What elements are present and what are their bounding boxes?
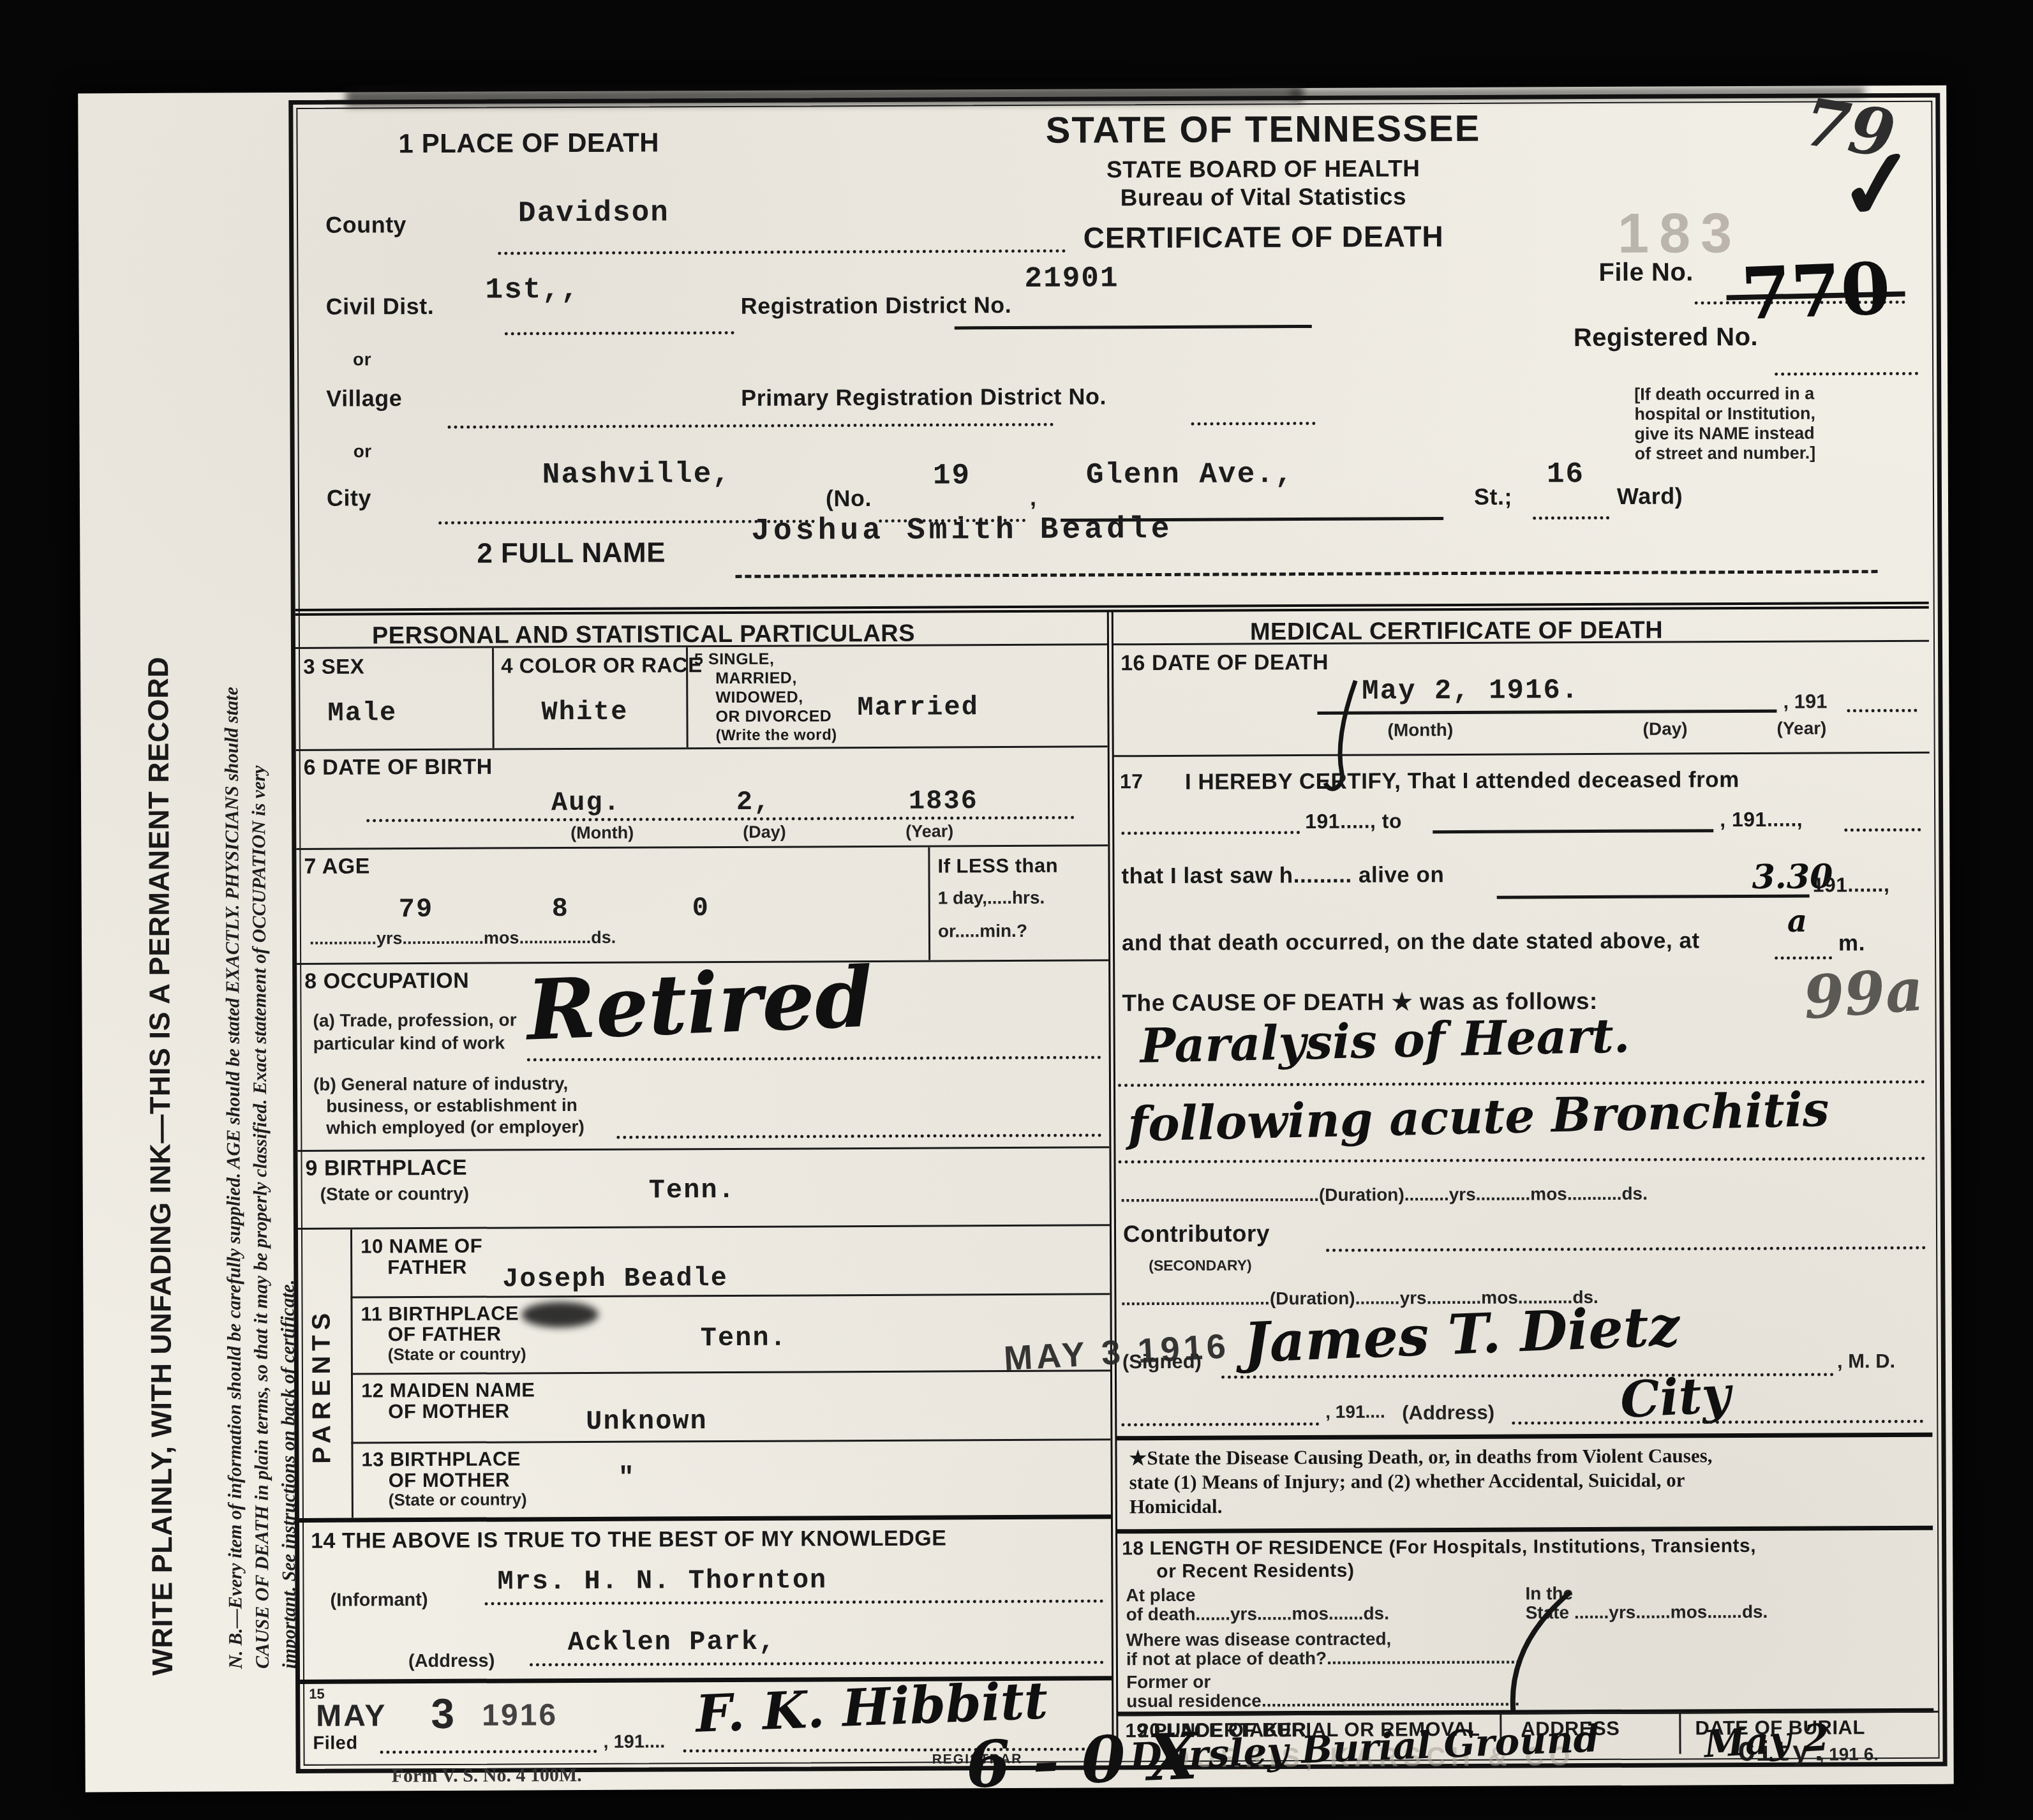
occupation-b-line1: (b) General nature of industry,	[313, 1073, 568, 1095]
dod-191-line	[1847, 709, 1917, 712]
burial-divider	[1679, 1711, 1681, 1754]
age-less-divider	[928, 847, 930, 960]
father-bp-label2: OF FATHER	[388, 1323, 502, 1346]
birthplace-value: Tenn.	[649, 1175, 736, 1206]
personal-column: PERSONAL AND STATISTICAL PARTICULARS 3 S…	[293, 101, 1112, 1760]
addr-cap: (Address)	[1402, 1401, 1494, 1425]
informant-cap: (Informant)	[330, 1590, 428, 1611]
age-ds-value: 0	[692, 893, 710, 923]
md-label: , M. D.	[1837, 1350, 1895, 1373]
footnote-line1: ★State the Disease Causing Death, or, in…	[1129, 1443, 1920, 1470]
father-name-label2: FATHER	[387, 1256, 467, 1279]
cause-line1-handwritten: Paralysis of Heart.	[1140, 1008, 1630, 1074]
occupation-a-line	[527, 1055, 1101, 1061]
signed-date-leader	[1121, 1422, 1319, 1426]
occupation-a-line2: particular kind of work	[313, 1033, 505, 1054]
sex-label: 3 SEX	[303, 654, 364, 678]
certify-191b: , 191.....,	[1720, 808, 1803, 832]
mother-bp-label1: 13 BIRTHPLACE	[361, 1447, 521, 1471]
certificate-paper: WRITE PLAINLY, WITH UNFADING INK—THIS IS…	[78, 86, 1954, 1793]
footnote-line3: Homicidal.	[1129, 1491, 1921, 1519]
dod-line	[1317, 710, 1776, 715]
father-bp-cap: (State or country)	[388, 1344, 526, 1364]
contributory-label: Contributory	[1123, 1220, 1270, 1248]
bottom-code-handwritten: 6 - 0 X	[964, 1718, 1198, 1802]
former-line1: Former or	[1126, 1672, 1210, 1693]
certify-191a: 191....., to	[1305, 809, 1402, 833]
occupation-row-line	[297, 1146, 1109, 1152]
former-line2: usual residence.........................…	[1126, 1690, 1519, 1712]
informant-line	[485, 1599, 1104, 1605]
signed-bottom-line	[1116, 1433, 1932, 1441]
filed-line	[380, 1750, 597, 1754]
certify-line1: I HEREBY CERTIFY, That I attended deceas…	[1185, 767, 1739, 795]
at-place-line1: At place	[1126, 1585, 1195, 1606]
certify-number: 17	[1120, 770, 1143, 793]
dod-row-line	[1113, 752, 1930, 757]
burial-date-handwritten: May 2	[1703, 1715, 1831, 1766]
birthplace-label: 9 BIRTHPLACE	[305, 1156, 467, 1181]
father-row-line	[350, 1293, 1110, 1298]
dob-label: 6 DATE OF BIRTH	[304, 755, 493, 780]
dob-month-value: Aug.	[551, 787, 621, 818]
race-label: 4 COLOR OR RACE	[501, 653, 703, 678]
father-bp-row-line	[351, 1369, 1110, 1375]
marital-label-4: OR DIVORCED	[715, 707, 831, 726]
dob-day-cap: (Day)	[743, 823, 786, 842]
scanned-death-certificate: WRITE PLAINLY, WITH UNFADING INK—THIS IS…	[0, 0, 2033, 1820]
birthplace-row-line	[298, 1224, 1110, 1230]
physician-addr-handwritten: City	[1619, 1366, 1732, 1430]
mother-bp-cap: (State or country)	[389, 1489, 527, 1510]
at-place-line2: of death.......yrs.......mos.......ds.	[1126, 1603, 1389, 1625]
dod-value: May 2, 1916.	[1362, 675, 1579, 707]
dod-year-cap: (Year)	[1777, 718, 1827, 738]
ink-flourish-2	[1474, 1586, 1577, 1714]
filed-stamp-may: MAY	[316, 1698, 387, 1733]
contributory-line	[1326, 1246, 1926, 1252]
margin-nb-note-line2: CAUSE OF DEATH in plain terms, so that i…	[245, 124, 274, 1669]
filed-label: Filed	[313, 1733, 357, 1754]
filed-stamp-year: 1916	[482, 1697, 558, 1733]
residence-label-line2: or Recent Residents)	[1156, 1560, 1354, 1583]
form-number: Form V. S. No. 4 100M.	[392, 1764, 582, 1787]
filed-stamp-day: 3	[431, 1689, 456, 1738]
informant-addr-cap: (Address)	[408, 1651, 495, 1673]
informant-addr-value: Acklen Park,	[568, 1627, 777, 1658]
secondary-label: (SECONDARY)	[1149, 1257, 1252, 1274]
occupation-value-handwritten: Retired	[525, 948, 875, 1059]
dob-line	[366, 816, 1075, 823]
contracted-line1: Where was disease contracted,	[1126, 1629, 1392, 1650]
informant-value: Mrs. H. N. Thornton	[497, 1565, 827, 1597]
contracted-line2: if not at place of death?...............…	[1126, 1648, 1521, 1670]
dob-year-cap: (Year)	[905, 821, 953, 841]
mother-name-label1: 12 MAIDEN NAME	[361, 1378, 535, 1402]
dod-month-cap: (Month)	[1388, 720, 1454, 740]
cause-footnote-block: ★State the Disease Causing Death, or, in…	[1129, 1443, 1920, 1519]
occupation-label: 8 OCCUPATION	[304, 969, 469, 994]
burial-date-year: , 191 6.	[1819, 1744, 1879, 1764]
mother-row-line	[351, 1438, 1110, 1443]
if-less-line2: 1 day,.....hrs.	[938, 888, 1045, 909]
birthplace-cap: (State or country)	[320, 1184, 469, 1205]
father-name-label1: 10 NAME OF	[361, 1235, 482, 1258]
certificate-box: 1 PLACE OF DEATH County Davidson Civil D…	[288, 93, 1947, 1773]
parents-label: PARENTS	[307, 1253, 336, 1464]
footnote-line2: state (1) Means of Injury; and (2) wheth…	[1129, 1467, 1921, 1495]
filed-191-blank: , 191....	[603, 1731, 665, 1752]
sex-value: Male	[327, 697, 397, 728]
lastsaw-191: 191......,	[1813, 873, 1890, 897]
cause-code-annotation: 99a	[1801, 955, 1926, 1033]
margin-nb-note-line1: N. B.—Every item of information should b…	[218, 124, 247, 1669]
dob-day-value: 2,	[736, 787, 771, 817]
dod-191-blank: , 191	[1783, 690, 1827, 713]
residence-label-line1: 18 LENGTH OF RESIDENCE (For Hospitals, I…	[1122, 1535, 1756, 1560]
death-at-blank	[1775, 956, 1832, 959]
lastsaw-line: that I last saw h......... alive on	[1121, 862, 1444, 889]
informant-title: 14 THE ABOVE IS TRUE TO THE BEST OF MY K…	[311, 1526, 946, 1553]
marital-label-2: MARRIED,	[715, 669, 797, 688]
certify-to-line	[1433, 829, 1713, 833]
ink-smudge	[521, 1302, 598, 1328]
dod-label: 16 DATE OF DEATH	[1121, 650, 1329, 676]
sex-row-line	[296, 745, 1108, 751]
father-bp-value: Tenn.	[701, 1323, 787, 1354]
dob-month-cap: (Month)	[570, 823, 634, 843]
occupation-b-line	[616, 1133, 1101, 1138]
age-label: 7 AGE	[304, 854, 369, 879]
death-m-label: m.	[1838, 930, 1865, 956]
medical-column: MEDICAL CERTIFICATE OF DEATH 16 DATE OF …	[1110, 98, 1933, 1757]
mother-name-label2: OF MOTHER	[388, 1399, 510, 1423]
death-at-value-handwritten: a	[1787, 904, 1807, 939]
age-yrs-value: 79	[399, 894, 434, 925]
mother-bp-value: "	[618, 1463, 636, 1493]
marital-label-1: 5 SINGLE,	[694, 650, 775, 669]
certify-leader1	[1121, 831, 1300, 835]
signed-line	[1221, 1373, 1834, 1378]
age-mos-value: 8	[552, 893, 569, 924]
sex-race-divider	[492, 648, 495, 749]
dod-day-cap: (Day)	[1643, 719, 1688, 739]
mother-bp-label2: OF MOTHER	[389, 1468, 510, 1492]
cause-line2-rule	[1119, 1157, 1926, 1164]
occupation-a-line1: (a) Trade, profession, or	[313, 1010, 516, 1031]
mother-name-value: Unknown	[586, 1406, 708, 1437]
father-name-value: Joseph Beadle	[502, 1263, 728, 1295]
dob-row-line	[296, 844, 1108, 850]
signed-191-blank: , 191....	[1325, 1401, 1385, 1422]
parents-bottom-line	[299, 1514, 1111, 1523]
age-units-line: ..............yrs.................mos...…	[309, 928, 616, 949]
race-value: White	[541, 697, 628, 728]
duration1-line: ........................................…	[1121, 1184, 1648, 1207]
marital-value: Married	[857, 692, 979, 723]
cause-line2-handwritten: following acute Bronchitis	[1127, 1082, 1829, 1152]
marital-label-5: (Write the word)	[716, 726, 837, 745]
informant-addr-line	[530, 1660, 1104, 1666]
margin-write-plainly: WRITE PLAINLY, WITH UNFADING INK—THIS IS…	[140, 304, 179, 1676]
footnote-bottom-line	[1117, 1526, 1933, 1534]
if-less-line1: If LESS than	[937, 854, 1058, 878]
certify-leader2	[1844, 828, 1921, 832]
death-at-line: and that death occurred, on the date sta…	[1122, 928, 1700, 956]
marital-label-3: WIDOWED,	[715, 688, 803, 707]
dob-year-value: 1836	[909, 786, 978, 816]
if-less-line3: or.....min.?	[938, 921, 1027, 942]
occupation-b-line3: which employed (or employer)	[326, 1117, 585, 1138]
occupation-b-line2: business, or establishment in	[326, 1095, 577, 1117]
